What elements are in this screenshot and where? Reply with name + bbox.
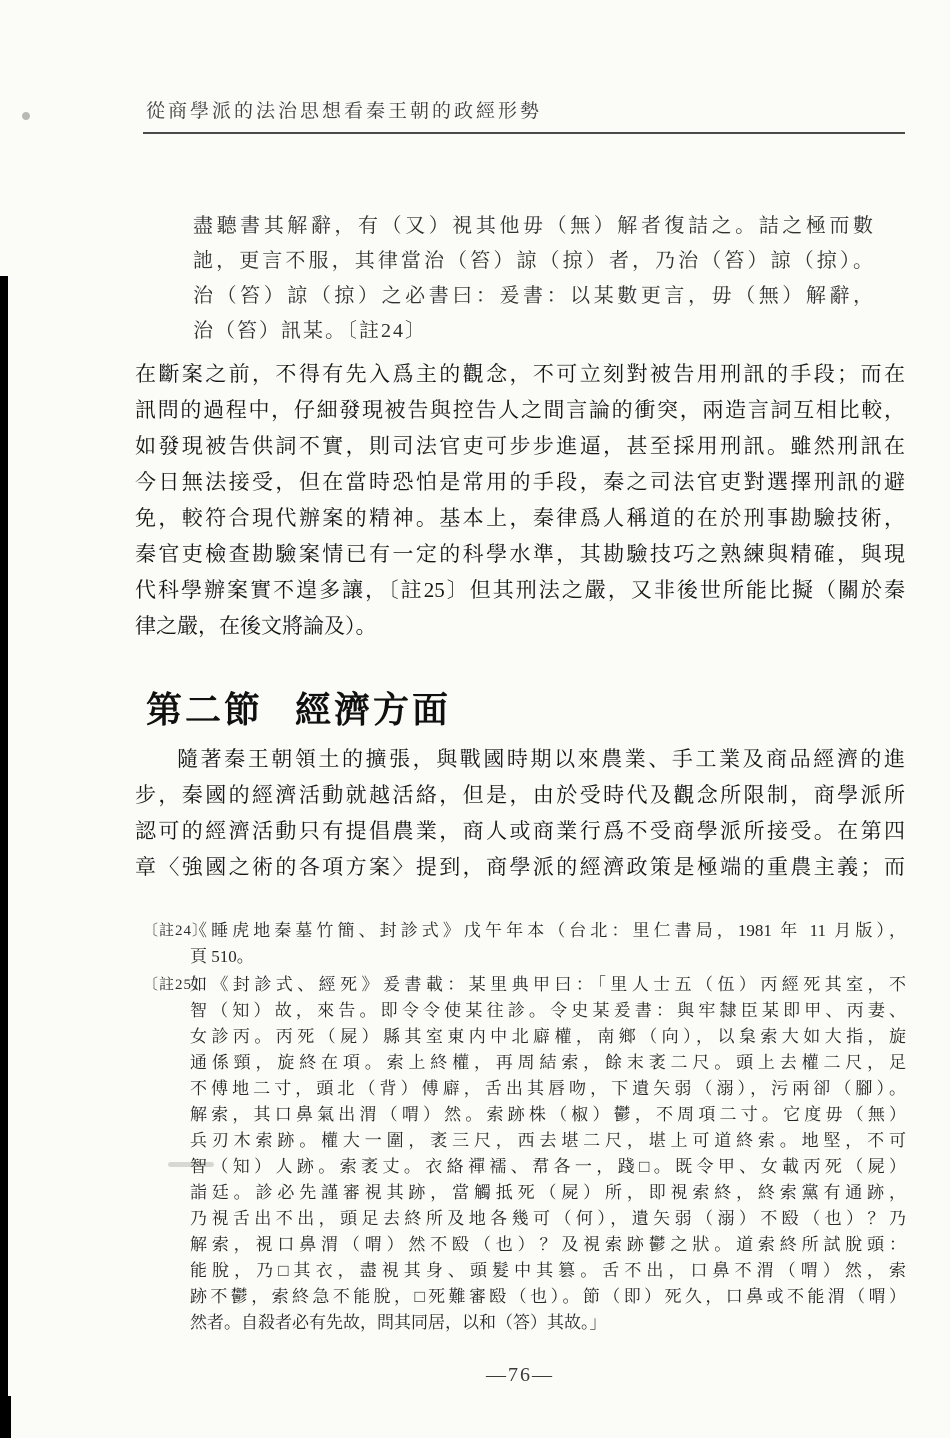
- scan-edge-artifact-bottom-left: [0, 1396, 11, 1438]
- footnote-text-line: 解索，其口鼻氣出渭（喟）然。索跡株（椒）鬱，不周項二寸。它度毋（無）: [190, 1102, 906, 1128]
- scanned-book-page: 從商學派的法治思想看秦王朝的政經形勢 盡聽書其解辭，有（又）視其他毋（無）解者復…: [0, 0, 950, 1438]
- body-text-line: 免，較符合現代辦案的精神。基本上，秦律爲人稱道的在於刑事勘驗技術，: [135, 500, 905, 536]
- footnote-text-line: 詣廷。診必先謹審視其跡，當觸抵死（屍）所，即視索終，終索黨有通跡，: [190, 1180, 906, 1206]
- body-text-line: 代科學辦案實不遑多讓，〔註25〕但其刑法之嚴，又非後世所能比擬（關於秦: [135, 572, 905, 608]
- running-head-title: 從商學派的法治思想看秦王朝的政經形勢: [146, 96, 746, 123]
- quote-line: 訑，更言不服，其律當治（笞）諒（掠）者，乃治（笞）諒（掠）。: [193, 244, 875, 279]
- footnote-text-line: 《睡虎地秦墓竹簡、封診式》戊午年本（台北：里仁書局，1981 年 11 月版），: [190, 918, 906, 944]
- footnote-text-line: 解索，視口鼻渭（喟）然不殹（也）？及視索跡鬱之狀。道索終所試脫頭：: [190, 1232, 906, 1258]
- scan-speck-artifact: [22, 112, 30, 120]
- section-heading: 第二節 經濟方面: [146, 682, 451, 733]
- body-text-line: 章〈強國之術的各項方案〉提到，商學派的經濟政策是極端的重農主義；而: [135, 849, 905, 885]
- scan-edge-artifact-left: [0, 276, 8, 1438]
- footnote-24-text: 《睡虎地秦墓竹簡、封診式》戊午年本（台北：里仁書局，1981 年 11 月版），…: [190, 918, 906, 970]
- block-quote: 盡聽書其解辭，有（又）視其他毋（無）解者復詰之。詰之極而數訑，更言不服，其律當治…: [193, 209, 875, 349]
- body-text-line: 在斷案之前，不得有先入爲主的觀念，不可立刻對被告用刑訊的手段；而在: [135, 356, 905, 392]
- body-text-line: 隨著秦王朝領土的擴張，與戰國時期以來農業、手工業及商品經濟的進: [135, 741, 905, 777]
- footnote-text-line: 兵刃木索跡。權大一圍，袤三尺，西去堪二尺，堪上可道終索。地堅，不可: [190, 1128, 906, 1154]
- body-text-line: 認可的經濟活動只有提倡農業，商人或商業行爲不受商學派所接受。在第四: [135, 813, 905, 849]
- footnote-text-line: 智（知）人跡。索袤丈。衣絡禪襦、帬各一，踐□。既令甲、女載丙死（屍）: [190, 1154, 906, 1180]
- quote-line: 治（笞）諒（掠）之必書曰：爰書：以某數更言，毋（無）解辭，: [193, 279, 875, 314]
- body-text-line: 律之嚴，在後文將論及）。: [135, 608, 905, 644]
- body-text-line: 步，秦國的經濟活動就越活絡，但是，由於受時代及觀念所限制，商學派所: [135, 777, 905, 813]
- footnote-text-line: 智（知）故，來告。即令令使某往診。令史某爰書：與牢隸臣某即甲、丙妻、: [190, 998, 906, 1024]
- section-title: 經濟方面: [295, 690, 451, 730]
- quote-line: 治（笞）訊某。〔註24〕: [193, 314, 875, 349]
- footnote-text-line: 女診丙。丙死（屍）縣其室東内中北廦權，南鄉（向），以枲索大如大指，旋: [190, 1024, 906, 1050]
- body-text-line: 如發現被告供詞不實，則司法官吏可步步進逼，甚至採用刑訊。雖然刑訊在: [135, 428, 905, 464]
- footnote-25-text: 如《封診式、經死》爰書載：某里典甲曰：「里人士五（伍）丙經死其室，不智（知）故，…: [190, 972, 906, 1336]
- footnote-text-line: 不傅地二寸，頭北（背）傅廦，舌出其唇吻，下遺矢弱（溺），污兩卻（腳）。: [190, 1076, 906, 1102]
- body-text-line: 今日無法接受，但在當時恐怕是常用的手段，秦之司法官吏對選擇刑訊的避: [135, 464, 905, 500]
- running-head-rule: [143, 132, 905, 134]
- footnote-text-line: 如《封診式、經死》爰書載：某里典甲曰：「里人士五（伍）丙經死其室，不: [190, 972, 906, 998]
- footnote-text-line: 頁 510。: [190, 944, 906, 970]
- footnote-text-line: 然者。自殺者必有先故，問其同居，以和（答）其故。」: [190, 1310, 906, 1336]
- section-number: 第二節: [146, 690, 263, 730]
- body-paragraph-2: 隨著秦王朝領土的擴張，與戰國時期以來農業、手工業及商品經濟的進步，秦國的經濟活動…: [135, 741, 905, 885]
- body-paragraph-1: 在斷案之前，不得有先入爲主的觀念，不可立刻對被告用刑訊的手段；而在訊問的過程中，…: [135, 356, 905, 644]
- footnote-text-line: 通係頸，旋終在項。索上終權，再周結索，餘末袤二尺。頭上去權二尺，足: [190, 1050, 906, 1076]
- footnote-text-line: 乃視舌出不出，頭足去終所及地各幾可（何），遺矢弱（溺）不殹（也）？乃: [190, 1206, 906, 1232]
- quote-line: 盡聽書其解辭，有（又）視其他毋（無）解者復詰之。詰之極而數: [193, 209, 875, 244]
- body-text-line: 訊問的過程中，仔細發現被告與控告人之間言論的衝突，兩造言詞互相比較，: [135, 392, 905, 428]
- footnote-text-line: 跡不鬱，索終急不能脫，□死難審殹（也）。節（即）死久，口鼻或不能渭（喟）: [190, 1284, 906, 1310]
- page-number: —76—: [135, 1364, 905, 1387]
- body-text-line: 秦官吏檢查勘驗案情已有一定的科學水準，其勘驗技巧之熟練與精確，與現: [135, 536, 905, 572]
- footnote-text-line: 能脫，乃□其衣，盡視其身、頭髮中其篡。舌不出，口鼻不渭（喟）然，索: [190, 1258, 906, 1284]
